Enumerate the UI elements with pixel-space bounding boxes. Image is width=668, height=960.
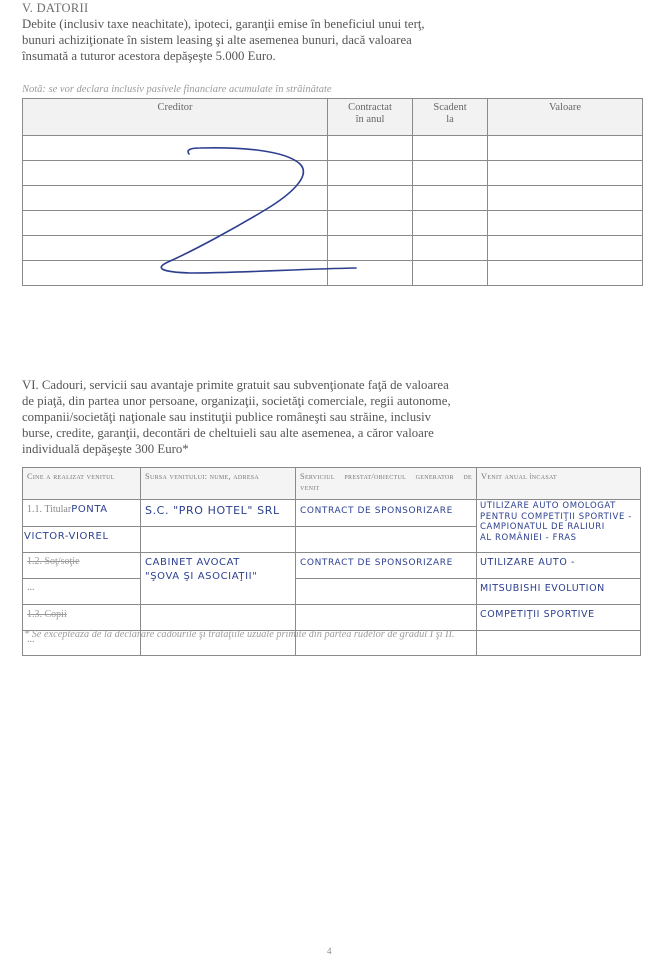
income-line: PENTRU COMPETIŢII SPORTIVE -: [480, 512, 640, 523]
header-who: Cine a realizat venitul: [23, 468, 141, 500]
source-text: CABINET AVOCAT: [145, 556, 295, 570]
header-income: Venit anual încasat: [477, 468, 641, 500]
para-line: individuală depăşeşte 300 Euro*: [22, 441, 451, 457]
who-label: 1.2. Soţ/soţie: [27, 556, 80, 567]
section-v-note: Notă: se vor declara inclusiv pasivele f…: [22, 84, 332, 95]
income-line: UTILIZARE AUTO OMOLOGAT: [480, 501, 640, 512]
cell-service: CONTRACT DE SPONSORIZARE: [296, 500, 477, 527]
para-line: Debite (inclusiv taxe neachitate), ipote…: [22, 16, 425, 32]
income-line: COMPETIŢII SPORTIVE: [480, 609, 595, 620]
section-v-paragraph: Debite (inclusiv taxe neachitate), ipote…: [22, 16, 425, 64]
who-name: VICTOR-VIOREL: [24, 531, 109, 542]
para-line: burse, credite, garanţii, decontări de c…: [22, 425, 451, 441]
table-row: [23, 161, 643, 186]
cell-income: UTILIZARE AUTO -: [477, 553, 641, 579]
header-creditor: Creditor: [23, 99, 328, 136]
source-text: "ŞOVA ŞI ASOCIAŢII": [145, 570, 295, 584]
cell-service: [296, 605, 477, 631]
para-line: însumată a tuturor acestora depăşeşte 5.…: [22, 48, 425, 64]
table-row: [23, 186, 643, 211]
table-row: [23, 211, 643, 236]
cell-source: [141, 527, 296, 553]
cell-who: 1.3. Copii: [23, 605, 141, 631]
page-number: 4: [327, 946, 332, 956]
cell-income: COMPETIŢII SPORTIVE: [477, 605, 641, 631]
cell-income: MITSUBISHI EVOLUTION: [477, 579, 641, 605]
income-line: UTILIZARE AUTO -: [480, 557, 575, 568]
cell-who: ...: [23, 579, 141, 605]
footnote: * Se exceptează de la declarare cadouril…: [24, 629, 455, 640]
para-line: VI. Cadouri, servicii sau avantaje primi…: [22, 377, 451, 393]
cell-source: CABINET AVOCAT "ŞOVA ŞI ASOCIAŢII": [141, 553, 296, 605]
header-source: Sursa venitului: nume, adresa: [141, 468, 296, 500]
header-service: Serviciul prestat/obiectul generator de …: [296, 468, 477, 500]
service-text: CONTRACT DE SPONSORIZARE: [300, 506, 453, 516]
table-row: [23, 261, 643, 286]
section-v-title: V. DATORII: [22, 1, 88, 16]
who-name: PONTA: [71, 504, 108, 515]
section-vi-paragraph: VI. Cadouri, servicii sau avantaje primi…: [22, 377, 451, 457]
cell-service: [296, 579, 477, 605]
source-text: S.C. "PRO HOTEL" SRL: [145, 504, 280, 517]
gifts-table: Cine a realizat venitul Sursa venitului:…: [22, 467, 641, 656]
cell-income: UTILIZARE AUTO OMOLOGAT PENTRU COMPETIŢI…: [477, 500, 641, 553]
income-line: AL ROMÂNIEI - FRAS: [480, 533, 640, 544]
placeholder-dots: ...: [27, 582, 35, 593]
para-line: companii/societăţi naţionale sau institu…: [22, 409, 451, 425]
cell-income: [477, 631, 641, 656]
para-line: de piaţă, din partea unor persoane, orga…: [22, 393, 451, 409]
cell-source: [141, 605, 296, 631]
cell-service: CONTRACT DE SPONSORIZARE: [296, 553, 477, 579]
header-value: Valoare: [488, 99, 643, 136]
cell-service: [296, 527, 477, 553]
who-label: 1.3. Copii: [27, 609, 67, 620]
table-row: [23, 236, 643, 261]
who-label: 1.1. Titular: [27, 504, 71, 515]
header-due: Scadent la: [413, 99, 488, 136]
table-row: ... MITSUBISHI EVOLUTION: [23, 579, 641, 605]
table-header-row: Cine a realizat venitul Sursa venitului:…: [23, 468, 641, 500]
cell-who: VICTOR-VIOREL: [23, 527, 141, 553]
cell-who: 1.2. Soţ/soţie: [23, 553, 141, 579]
cell-who: 1.1. TitularPONTA: [23, 500, 141, 527]
income-line: MITSUBISHI EVOLUTION: [480, 583, 605, 594]
para-line: bunuri achiziţionate în sistem leasing ş…: [22, 32, 425, 48]
cell-source: S.C. "PRO HOTEL" SRL: [141, 500, 296, 527]
income-line: CAMPIONATUL DE RALIURI: [480, 522, 640, 533]
table-row: 1.3. Copii COMPETIŢII SPORTIVE: [23, 605, 641, 631]
table-row: [23, 136, 643, 161]
debts-table: Creditor Contractat în anul Scadent la V…: [22, 98, 643, 286]
table-row: 1.2. Soţ/soţie CABINET AVOCAT "ŞOVA ŞI A…: [23, 553, 641, 579]
table-header-row: Creditor Contractat în anul Scadent la V…: [23, 99, 643, 136]
service-text: CONTRACT DE SPONSORIZARE: [300, 558, 453, 568]
header-contracted-year: Contractat în anul: [328, 99, 413, 136]
table-row: 1.1. TitularPONTA S.C. "PRO HOTEL" SRL C…: [23, 500, 641, 527]
